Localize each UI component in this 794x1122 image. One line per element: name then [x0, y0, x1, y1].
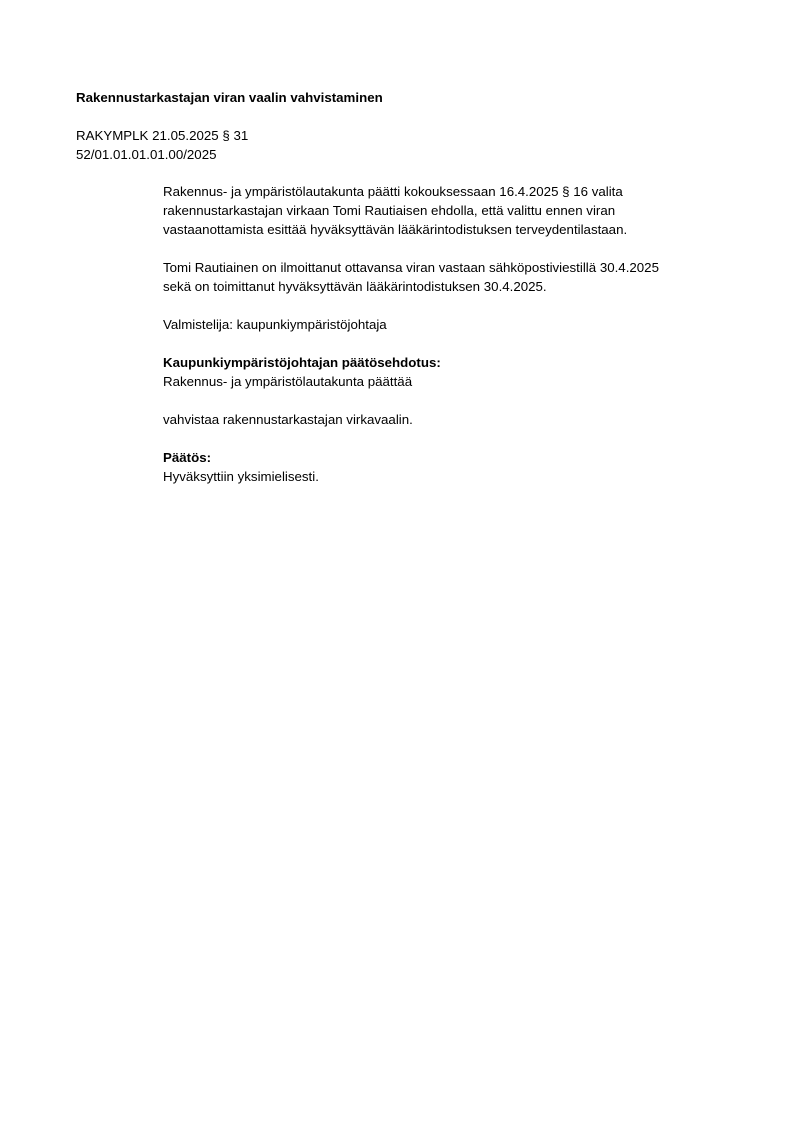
record-id: 52/01.01.01.01.00/2025	[76, 145, 248, 164]
text-line: Rakennus- ja ympäristölautakunta päätti …	[163, 182, 723, 201]
proposal-heading: Kaupunkiympäristöjohtajan päätösehdotus:	[163, 353, 723, 372]
document-page: Rakennustarkastajan viran vaalin vahvist…	[0, 0, 794, 1122]
proposal-text-paragraph: vahvistaa rakennustarkastajan virkavaali…	[163, 410, 723, 429]
proposal-section: Kaupunkiympäristöjohtajan päätösehdotus:…	[163, 353, 723, 391]
proposal-intro: Rakennus- ja ympäristölautakunta päättää	[163, 372, 723, 391]
meeting-reference: RAKYMPLK 21.05.2025 § 31	[76, 126, 248, 145]
text-line: rakennustarkastajan virkaan Tomi Rautiai…	[163, 201, 723, 220]
decision-section: Päätös: Hyväksyttiin yksimielisesti.	[163, 448, 723, 486]
text-line: sekä on toimittanut hyväksyttävän lääkär…	[163, 277, 723, 296]
decision-heading: Päätös:	[163, 448, 723, 467]
text-line: Tomi Rautiainen on ilmoittanut ottavansa…	[163, 258, 723, 277]
preparer-paragraph: Valmistelija: kaupunkiympäristöjohtaja	[163, 315, 723, 334]
text-line: vastaanottamista esittää hyväksyttävän l…	[163, 220, 723, 239]
document-title: Rakennustarkastajan viran vaalin vahvist…	[76, 88, 383, 107]
decision-text: Hyväksyttiin yksimielisesti.	[163, 467, 723, 486]
preparer-text: Valmistelija: kaupunkiympäristöjohtaja	[163, 315, 723, 334]
acceptance-paragraph: Tomi Rautiainen on ilmoittanut ottavansa…	[163, 258, 723, 296]
proposal-text: vahvistaa rakennustarkastajan virkavaali…	[163, 410, 723, 429]
document-meta: RAKYMPLK 21.05.2025 § 31 52/01.01.01.01.…	[76, 126, 248, 164]
background-paragraph: Rakennus- ja ympäristölautakunta päätti …	[163, 182, 723, 239]
document-body: Rakennus- ja ympäristölautakunta päätti …	[163, 182, 723, 505]
